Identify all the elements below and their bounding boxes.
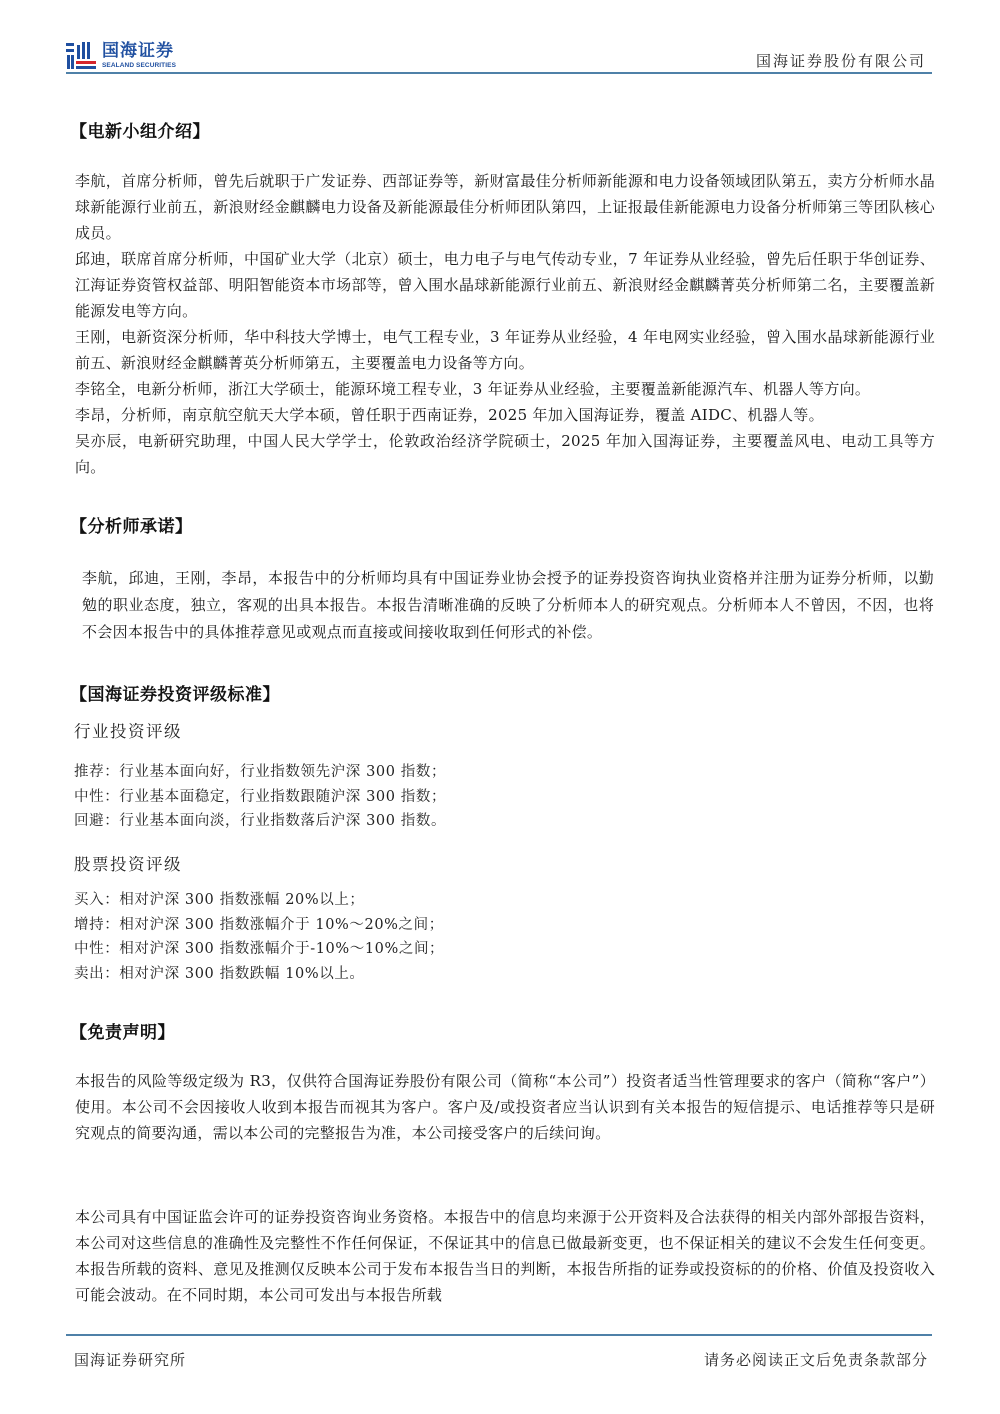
stock-rating-item: 买入：相对沪深 300 指数涨幅 20%以上； (74, 888, 444, 913)
industry-rating-heading: 行业投资评级 (74, 718, 182, 742)
sealand-logo-icon (66, 42, 96, 70)
analyst-commitment-body: 李航，邱迪，王刚，李昂，本报告中的分析师均具有中国证券业协会授予的证券投资咨询执… (82, 565, 934, 646)
stock-rating-item: 卖出：相对沪深 300 指数跌幅 10%以上。 (74, 962, 444, 987)
disclaimer-paragraph-1: 本报告的风险等级定级为 R3，仅供符合国海证券股份有限公司（简称“本公司”）投资… (75, 1068, 935, 1146)
team-intro-title: 【电新小组介绍】 (70, 117, 210, 142)
analyst-commitment-title: 【分析师承诺】 (70, 512, 193, 537)
footer-divider (66, 1334, 932, 1336)
stock-rating-heading: 股票投资评级 (74, 851, 182, 875)
company-name: 国海证券股份有限公司 (756, 50, 926, 71)
member-bio: 李航，首席分析师，曾先后就职于广发证券、西部证券等，新财富最佳分析师新能源和电力… (75, 168, 935, 246)
member-bio: 邱迪，联席首席分析师，中国矿业大学（北京）硕士，电力电子与电气传动专业，7 年证… (75, 246, 935, 324)
company-logo: 国海证券 SEALAND SECURITIES (66, 40, 176, 72)
team-intro-body: 李航，首席分析师，曾先后就职于广发证券、西部证券等，新财富最佳分析师新能源和电力… (75, 168, 935, 480)
stock-rating-list: 买入：相对沪深 300 指数涨幅 20%以上； 增持：相对沪深 300 指数涨幅… (74, 888, 444, 986)
industry-rating-item: 中性：行业基本面稳定，行业指数跟随沪深 300 指数； (74, 785, 446, 810)
member-bio: 李铭全，电新分析师，浙江大学硕士，能源环境工程专业，3 年证券从业经验，主要覆盖… (75, 376, 935, 402)
industry-rating-list: 推荐：行业基本面向好，行业指数领先沪深 300 指数； 中性：行业基本面稳定，行… (74, 760, 446, 834)
member-bio: 李昂，分析师，南京航空航天大学本硕，曾任职于西南证券，2025 年加入国海证券，… (75, 402, 935, 428)
stock-rating-item: 增持：相对沪深 300 指数涨幅介于 10%～20%之间； (74, 913, 444, 938)
rating-standard-title: 【国海证券投资评级标准】 (70, 680, 280, 705)
footer-institute: 国海证券研究所 (74, 1349, 186, 1370)
stock-rating-item: 中性：相对沪深 300 指数涨幅介于-10%～10%之间； (74, 937, 444, 962)
disclaimer-title: 【免责声明】 (70, 1018, 175, 1043)
industry-rating-item: 回避：行业基本面向淡，行业指数落后沪深 300 指数。 (74, 809, 446, 834)
member-bio: 王刚，电新资深分析师，华中科技大学博士，电气工程专业，3 年证券从业经验，4 年… (75, 324, 935, 376)
page-header: 国海证券 SEALAND SECURITIES 国海证券股份有限公司 (66, 38, 932, 74)
logo-chinese-name: 国海证券 (102, 43, 176, 60)
industry-rating-item: 推荐：行业基本面向好，行业指数领先沪深 300 指数； (74, 760, 446, 785)
disclaimer-paragraph-2: 本公司具有中国证监会许可的证券投资咨询业务资格。本报告中的信息均来源于公开资料及… (75, 1204, 935, 1308)
header-divider (66, 72, 932, 74)
logo-english-name: SEALAND SECURITIES (102, 63, 176, 70)
footer-notice: 请务必阅读正文后免责条款部分 (704, 1349, 928, 1370)
member-bio: 吴亦辰，电新研究助理，中国人民大学学士，伦敦政治经济学院硕士，2025 年加入国… (75, 428, 935, 480)
